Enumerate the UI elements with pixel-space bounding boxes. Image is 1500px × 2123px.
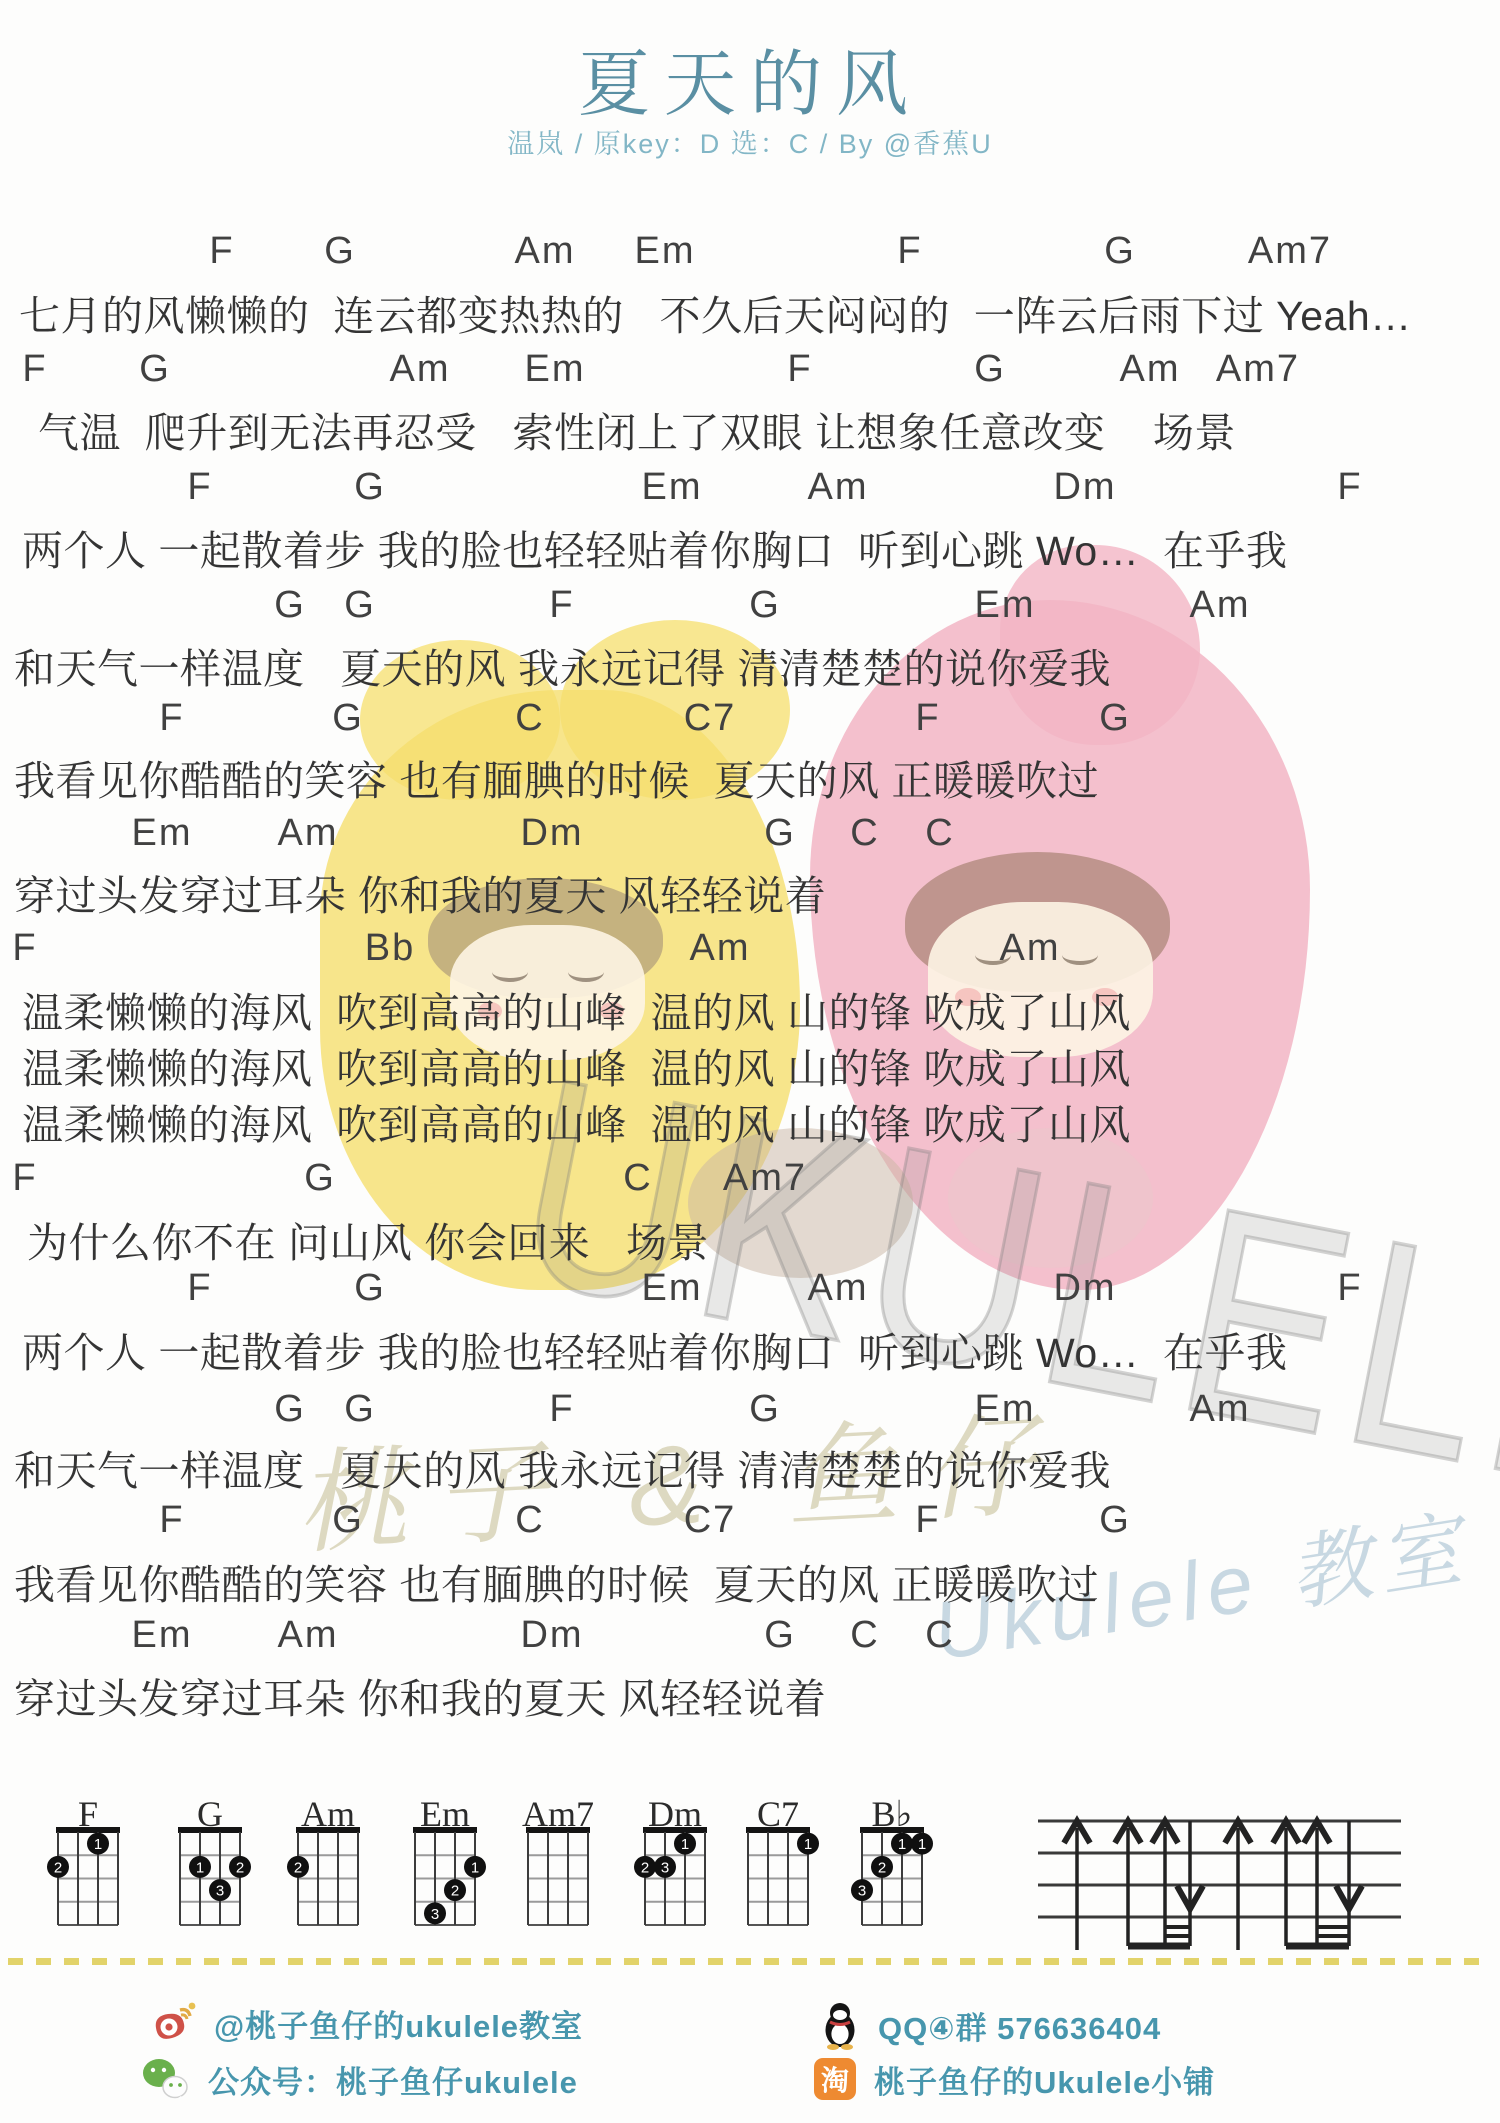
chord-diagram-Am7: Am7 [522, 1794, 594, 1925]
chord-label: G [1099, 697, 1131, 740]
chord-row: EmAmDmGCC [0, 1614, 1500, 1664]
chord-label: F [915, 1499, 940, 1542]
nut-bar [860, 1827, 924, 1833]
chord-label: Em [635, 230, 696, 273]
chord-label: F [187, 466, 212, 509]
footer-text: 公众号：桃子鱼仔ukulele [208, 2057, 578, 2102]
chord-diagram-Em: Em123 [413, 1794, 486, 1925]
finger-number: 2 [451, 1883, 459, 1900]
chord-label: Am [1120, 348, 1181, 391]
footer-item-qq: QQ④群 576636404 [818, 2000, 1161, 2050]
chord-label: F [187, 1267, 212, 1310]
chord-label: G [749, 1388, 781, 1431]
finger-number: 1 [804, 1836, 812, 1853]
chord-row: FGEmAmDmF [0, 1267, 1500, 1317]
lyric-line: 和天气一样温度 夏天的风 我永远记得 清清楚楚的说你爱我 [14, 636, 1111, 695]
chord-label: G [324, 230, 356, 273]
chord-diagram-Am: Am2 [287, 1794, 360, 1925]
chord-label: F [22, 348, 47, 391]
chord-label: C [925, 1614, 954, 1657]
chord-label: Am [278, 1614, 339, 1657]
chord-row: GGFGEmAm [0, 1388, 1500, 1438]
chord-label: Em [525, 348, 586, 391]
chord-label: G [764, 1614, 796, 1657]
chord-label: F [159, 697, 184, 740]
chord-label: G [344, 1388, 376, 1431]
chord-row: FGCC7FG [0, 1499, 1500, 1549]
chord-label: G [332, 1499, 364, 1542]
chord-label: Dm [520, 812, 583, 855]
weibo-icon [148, 2000, 198, 2046]
svg-text:淘: 淘 [821, 2065, 849, 2096]
lyric-line: 两个人 一起散着步 我的脸也轻轻贴着你胸口 听到心跳 Wo… 在乎我 [22, 518, 1288, 577]
chord-label: G [304, 1157, 336, 1200]
chord-label: Em [642, 1267, 703, 1310]
chord-label: Am [1190, 1388, 1251, 1431]
chord-diagram-G: G123 [178, 1794, 251, 1925]
finger-number: 2 [54, 1859, 62, 1876]
chord-label: C [925, 812, 954, 855]
chord-label: C [623, 1157, 652, 1200]
nut-bar [413, 1827, 477, 1833]
chord-label: G [1104, 230, 1136, 273]
chord-label: Em [132, 1614, 193, 1657]
chord-label: G [344, 584, 376, 627]
chord-label: F [209, 230, 234, 273]
footer-text: @桃子鱼仔的ukulele教室 [214, 2001, 583, 2046]
qq-icon [818, 2000, 862, 2050]
finger-number: 2 [641, 1859, 649, 1876]
chord-label: F [897, 230, 922, 273]
chord-label: G [764, 812, 796, 855]
chord-label: Am [278, 812, 339, 855]
chord-label: Dm [1053, 1267, 1116, 1310]
chord-label: F [12, 1157, 37, 1200]
chord-label: G [1099, 1499, 1131, 1542]
chord-label: C [515, 1499, 544, 1542]
footer-text: 桃子鱼仔的Ukulele小铺 [874, 2057, 1215, 2102]
chord-row: EmAmDmGCC [0, 812, 1500, 862]
chord-label: F [549, 584, 574, 627]
lyric-line: 我看见你酷酷的笑容 也有腼腆的时候 夏天的风 正暖暖吹过 [14, 1552, 1099, 1611]
chord-label: C [850, 812, 879, 855]
chord-label: Am [1190, 584, 1251, 627]
lyric-line: 和天气一样温度 夏天的风 我永远记得 清清楚楚的说你爱我 [14, 1438, 1111, 1497]
chord-diagram-C7: C71 [746, 1794, 819, 1925]
chord-row: FGAmEmFGAm7 [0, 230, 1500, 280]
chord-row: FGCC7FG [0, 697, 1500, 747]
chord-label: G [974, 348, 1006, 391]
finger-number: 1 [918, 1836, 926, 1853]
nut-bar [178, 1827, 242, 1833]
chord-label: C [850, 1614, 879, 1657]
chord-label: F [159, 1499, 184, 1542]
finger-number: 3 [431, 1906, 439, 1923]
chord-label: Dm [520, 1614, 583, 1657]
chord-label: G [354, 466, 386, 509]
footer-text: QQ④群 576636404 [878, 2003, 1161, 2048]
nut-bar [746, 1827, 810, 1833]
chord-label: Am [390, 348, 451, 391]
chord-label: G [274, 584, 306, 627]
footer-item-taobao: 淘桃子鱼仔的Ukulele小铺 [812, 2056, 1215, 2102]
chord-label: F [915, 697, 940, 740]
chord-label: G [332, 697, 364, 740]
finger-number: 1 [196, 1859, 204, 1876]
chord-label: Am7 [1248, 230, 1332, 273]
lyric-line: 穿过头发穿过耳朵 你和我的夏天 风轻轻说着 [14, 863, 826, 922]
chord-label: Am [515, 230, 576, 273]
lyric-line: 两个人 一起散着步 我的脸也轻轻贴着你胸口 听到心跳 Wo… 在乎我 [22, 1320, 1288, 1379]
finger-number: 3 [216, 1883, 224, 1900]
strum-pattern-diagram [1020, 1806, 1420, 1958]
nut-bar [56, 1827, 120, 1833]
nut-bar [643, 1827, 707, 1833]
finger-number: 1 [898, 1836, 906, 1853]
chord-diagram-Dm: Dm231 [634, 1794, 707, 1925]
chord-label: Em [975, 1388, 1036, 1431]
dashed-divider [8, 1958, 1492, 1965]
chord-label: F [787, 348, 812, 391]
finger-number: 1 [681, 1836, 689, 1853]
chord-label: Am [808, 466, 869, 509]
finger-number: 3 [858, 1883, 866, 1900]
chord-label: G [139, 348, 171, 391]
chord-label: F [12, 927, 37, 970]
chord-label: C [515, 697, 544, 740]
nut-bar [526, 1827, 590, 1833]
taobao-icon: 淘 [812, 2056, 858, 2102]
chord-row: FBbAmAm [0, 927, 1500, 977]
lyric-line: 为什么你不在 问山风 你会回来 场景 [27, 1210, 709, 1269]
chord-row: FGAmEmFGAmAm7 [0, 348, 1500, 398]
page-subtitle: 温岚 / 原key：D 选：C / By @香蕉U [0, 122, 1500, 161]
chord-diagram-F: F12 [47, 1794, 120, 1925]
chord-row: GGFGEmAm [0, 584, 1500, 634]
chord-label: Am [690, 927, 751, 970]
chord-row: FGCAm7 [0, 1157, 1500, 1207]
chord-label: Am7 [1216, 348, 1300, 391]
chord-label: F [549, 1388, 574, 1431]
footer-item-weibo: @桃子鱼仔的ukulele教室 [148, 2000, 583, 2046]
lyric-line: 我看见你酷酷的笑容 也有腼腆的时候 夏天的风 正暖暖吹过 [14, 748, 1099, 807]
lyric-line: 七月的风懒懒的 连云都变热热的 不久后天闷闷的 一阵云后雨下过 Yeah… [19, 283, 1412, 342]
chord-label: Dm [1053, 466, 1116, 509]
chord-label: F [1337, 1267, 1362, 1310]
finger-number: 2 [878, 1859, 886, 1876]
chord-sheet-page: UKULELE 桃子 & 鱼仔 Ukulele 教室 夏天的风 温岚 / 原ke… [0, 0, 1500, 2123]
lyric-line: 气温 爬升到无法再忍受 索性闭上了双眼 让想象任意改变 场景 [38, 400, 1236, 459]
chord-label: Em [642, 466, 703, 509]
nut-bar [296, 1827, 360, 1833]
chord-row: FGEmAmDmF [0, 466, 1500, 516]
finger-number: 2 [294, 1859, 302, 1876]
lyric-line: 温柔懒懒的海风 吹到高高的山峰 温的风 山的锋 吹成了山风 [22, 1092, 1131, 1151]
chord-label: G [354, 1267, 386, 1310]
lyric-line: 温柔懒懒的海风 吹到高高的山峰 温的风 山的锋 吹成了山风 [22, 1036, 1131, 1095]
chord-label: C7 [684, 1499, 737, 1542]
chord-label: G [749, 584, 781, 627]
finger-number: 1 [471, 1859, 479, 1876]
lyric-line: 穿过头发穿过耳朵 你和我的夏天 风轻轻说着 [14, 1666, 826, 1725]
wechat-icon [140, 2056, 192, 2102]
chord-label: Em [975, 584, 1036, 627]
finger-number: 3 [661, 1859, 669, 1876]
chord-label: Am [1000, 927, 1061, 970]
chord-label: Am7 [723, 1157, 807, 1200]
chord-label: G [274, 1388, 306, 1431]
chord-diagrams-section: F12G123Am2Em123Am7Dm231C71B♭1123 [0, 1780, 960, 1955]
chord-label: Am [808, 1267, 869, 1310]
chord-label: C7 [684, 697, 737, 740]
chord-label: Bb [365, 927, 415, 970]
chord-diagram-B♭: B♭1123 [851, 1794, 933, 1925]
page-title: 夏天的风 [0, 26, 1500, 130]
finger-number: 1 [94, 1836, 102, 1853]
finger-number: 2 [236, 1859, 244, 1876]
lyric-line: 温柔懒懒的海风 吹到高高的山峰 温的风 山的锋 吹成了山风 [22, 980, 1131, 1039]
chord-label: F [1337, 466, 1362, 509]
footer-item-wechat: 公众号：桃子鱼仔ukulele [140, 2056, 578, 2102]
chord-label: Em [132, 812, 193, 855]
